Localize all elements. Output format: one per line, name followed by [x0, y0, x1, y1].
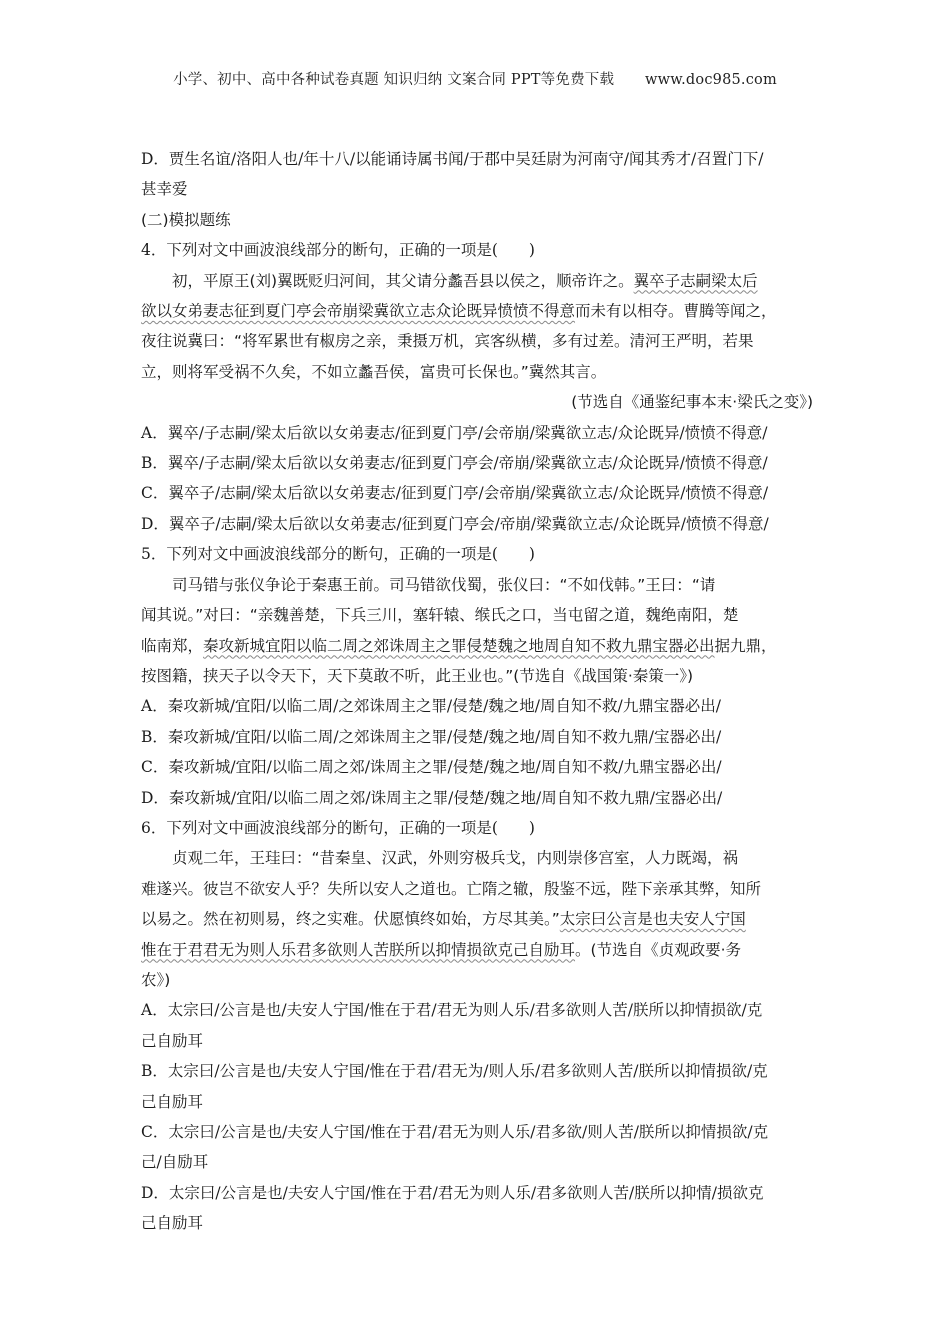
wavy-underlined-text: 太宗曰公言是也夫安人宁国: [560, 910, 746, 928]
passage-line: 欲以女弟妻志征到夏门亭会帝崩梁冀欲立志众论既异愤愤不得意而未有以相夺。曹腾等闻之…: [141, 296, 813, 326]
wavy-underlined-text: 欲以女弟妻志征到夏门亭会帝崩梁冀欲立志众论既异愤愤不得意: [141, 302, 575, 320]
option-a-line1: A．太宗曰/公言是也/夫安人宁国/惟在于君/君无为则人乐/君多欲则人苦/朕所以抑…: [141, 995, 813, 1025]
page-header: 小学、初中、高中各种试卷真题 知识归纳 文案合同 PPT等免费下载 www.do…: [0, 68, 950, 89]
question-6: 6．下列对文中画波浪线部分的断句，正确的一项是( ) 贞观二年，王珪曰：“昔秦皇…: [141, 813, 813, 1239]
question-5: 5．下列对文中画波浪线部分的断句，正确的一项是( ) 司马错与张仪争论于秦惠王前…: [141, 539, 813, 813]
question-stem: 6．下列对文中画波浪线部分的断句，正确的一项是( ): [141, 813, 813, 843]
option-b: B．翼卒/子志嗣/梁太后欲以女弟妻志/征到夏门亭会/帝崩/梁冀欲立志/众论既异/…: [141, 448, 813, 478]
question-stem: 5．下列对文中画波浪线部分的断句，正确的一项是( ): [141, 539, 813, 569]
option-d: D．翼卒子/志嗣/梁太后欲以女弟妻志/征到夏门亭会/帝崩/梁冀欲立志/众论既异/…: [141, 509, 813, 539]
prev-option-d-line2: 甚幸爱: [141, 174, 813, 204]
wavy-underlined-text: 翼卒子志嗣梁太后: [634, 272, 758, 290]
section-title: (二)模拟题练: [141, 205, 813, 235]
passage-line: 立，则将军受祸不久矣，不如立蠡吾侯，富贵可长保也。”冀然其言。: [141, 357, 813, 387]
passage-line: 以易之。然在初则易，终之实难。伏愿慎终如始，方尽其美。”太宗曰公言是也夫安人宁国: [141, 904, 813, 934]
question-4: 4．下列对文中画波浪线部分的断句，正确的一项是( ) 初，平原王(刘)翼既贬归河…: [141, 235, 813, 539]
question-stem: 4．下列对文中画波浪线部分的断句，正确的一项是( ): [141, 235, 813, 265]
wavy-underlined-text: 惟在于君君无为则人乐君多欲则人苦朕所以抑情损欲克己自励耳: [141, 941, 575, 959]
passage: 初，平原王(刘)翼既贬归河间，其父请分蠡吾县以侯之，顺帝许之。翼卒子志嗣梁太后 …: [141, 266, 813, 418]
wavy-underlined-text: 秦攻新城宜阳以临二周之郊诛周主之罪侵楚魏之地周自知不救九鼎宝器必出: [203, 637, 715, 655]
option-b: B．秦攻新城/宜阳/以临二周/之郊诛周主之罪/侵楚/魏之地/周自知不救九鼎/宝器…: [141, 722, 813, 752]
passage-text: 据九鼎，: [715, 637, 777, 655]
passage-text: 。(节选自《贞观政要·务: [575, 941, 741, 959]
option-a-line2: 己自励耳: [141, 1026, 813, 1056]
header-text: 小学、初中、高中各种试卷真题 知识归纳 文案合同 PPT等免费下载: [173, 72, 614, 88]
passage-line: 难遂兴。彼岂不欲安人乎？失所以安人之道也。亡隋之辙，殷鉴不远，陛下亲承其弊，知所: [141, 874, 813, 904]
passage-line: 农》): [141, 965, 813, 995]
passage-line: 闻其说。”对曰：“亲魏善楚，下兵三川，塞轩辕、缑氏之口，当屯留之道，魏绝南阳，楚: [141, 600, 813, 630]
passage-line: 临南郑，秦攻新城宜阳以临二周之郊诛周主之罪侵楚魏之地周自知不救九鼎宝器必出据九鼎…: [141, 631, 813, 661]
passage-text: 初，平原王(刘)翼既贬归河间，其父请分蠡吾县以侯之，顺帝许之。: [172, 272, 634, 290]
passage-text: 以易之。然在初则易，终之实难。伏愿慎终如始，方尽其美。”: [141, 910, 560, 928]
passage-text: 而未有以相夺。曹腾等闻之，: [575, 302, 777, 320]
passage-line: 司马错与张仪争论于秦惠王前。司马错欲伐蜀，张仪曰：“不如伐韩。”王曰：“请: [141, 570, 813, 600]
prev-option-d-line1: D．贾生名谊/洛阳人也/年十八/以能诵诗属书闻/于郡中吴廷尉为河南守/闻其秀才/…: [141, 144, 813, 174]
option-a: A．秦攻新城/宜阳/以临二周/之郊诛周主之罪/侵楚/魏之地/周自知不救/九鼎宝器…: [141, 691, 813, 721]
passage-source: (节选自《通鉴纪事本末·梁氏之变》): [141, 387, 813, 417]
option-d: D．秦攻新城/宜阳/以临二周之郊/诛周主之罪/侵楚/魏之地/周自知不救九鼎/宝器…: [141, 783, 813, 813]
passage: 贞观二年，王珪曰：“昔秦皇、汉武，外则穷极兵戈，内则崇侈宫室，人力既竭，祸 难遂…: [141, 843, 813, 995]
option-b-line1: B．太宗曰/公言是也/夫安人宁国/惟在于君/君无为/则人乐/君多欲则人苦/朕所以…: [141, 1056, 813, 1086]
option-c: C．翼卒子/志嗣/梁太后欲以女弟妻志/征到夏门亭/会帝崩/梁冀欲立志/众论既异/…: [141, 478, 813, 508]
header-url: www.doc985.com: [645, 72, 777, 88]
passage-line: 夜往说冀曰：“将军累世有椒房之亲，秉摄万机，宾客纵横，多有过差。清河王严明，若果: [141, 326, 813, 356]
passage-line: 初，平原王(刘)翼既贬归河间，其父请分蠡吾县以侯之，顺帝许之。翼卒子志嗣梁太后: [141, 266, 813, 296]
passage-line: 贞观二年，王珪曰：“昔秦皇、汉武，外则穷极兵戈，内则崇侈宫室，人力既竭，祸: [141, 843, 813, 873]
option-a: A．翼卒/子志嗣/梁太后欲以女弟妻志/征到夏门亭/会帝崩/梁冀欲立志/众论既异/…: [141, 418, 813, 448]
passage-line: 按图籍，挟天子以令天下，天下莫敢不听，此王业也。”(节选自《战国策·秦策一》): [141, 661, 813, 691]
passage: 司马错与张仪争论于秦惠王前。司马错欲伐蜀，张仪曰：“不如伐韩。”王曰：“请 闻其…: [141, 570, 813, 692]
option-c: C．秦攻新城/宜阳/以临二周之郊/诛周主之罪/侵楚/魏之地/周自知不救/九鼎宝器…: [141, 752, 813, 782]
passage-text: 临南郑，: [141, 637, 203, 655]
option-b-line2: 己自励耳: [141, 1087, 813, 1117]
document-body: D．贾生名谊/洛阳人也/年十八/以能诵诗属书闻/于郡中吴廷尉为河南守/闻其秀才/…: [141, 144, 813, 1239]
option-c-line1: C．太宗曰/公言是也/夫安人宁国/惟在于君/君无为则人乐/君多欲/则人苦/朕所以…: [141, 1117, 813, 1147]
option-c-line2: 己/自励耳: [141, 1147, 813, 1177]
passage-line: 惟在于君君无为则人乐君多欲则人苦朕所以抑情损欲克己自励耳。(节选自《贞观政要·务: [141, 935, 813, 965]
option-d-line2: 己自励耳: [141, 1208, 813, 1238]
option-d-line1: D．太宗曰/公言是也/夫安人宁国/惟在于君/君无为则人乐/君多欲则人苦/朕所以抑…: [141, 1178, 813, 1208]
